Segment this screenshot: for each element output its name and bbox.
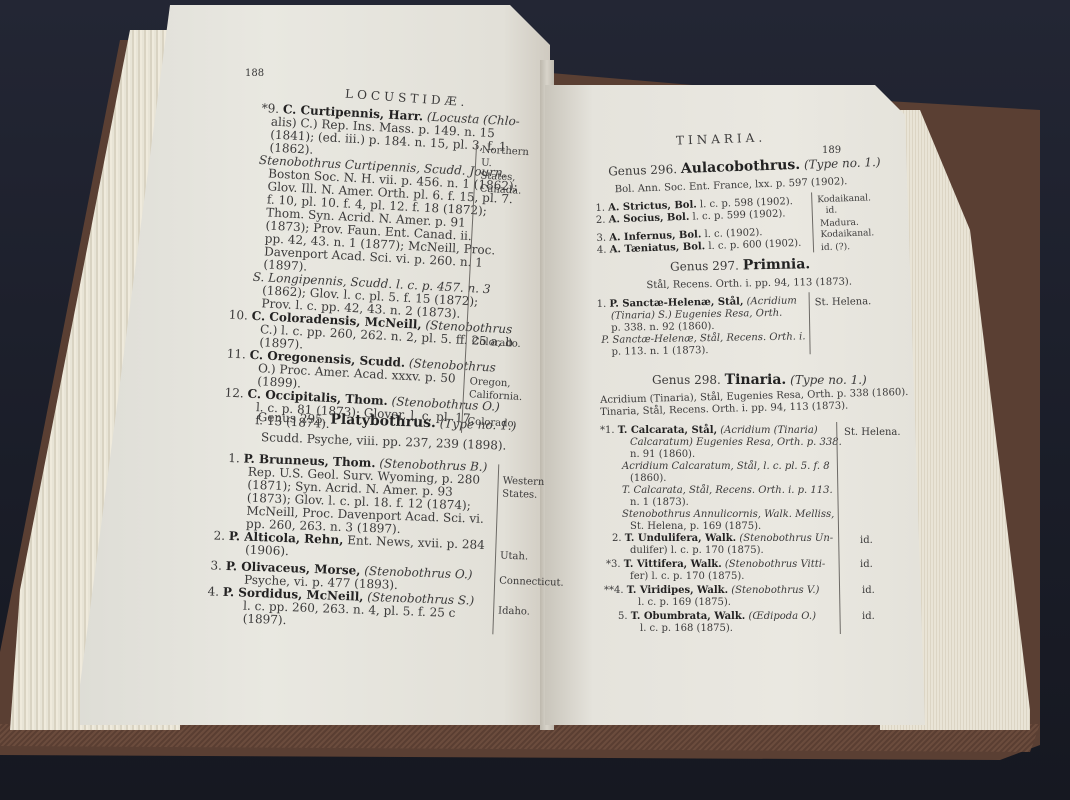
genus-type: (Type no. 1.) xyxy=(804,155,881,172)
locality: id. xyxy=(862,610,875,623)
species-name: T. Obumbrata, Walk. xyxy=(631,611,746,622)
page-number-left: 188 xyxy=(245,67,264,80)
page-number-right: 189 xyxy=(822,144,841,157)
entry-line: (Acridium (Tinaria) xyxy=(720,425,817,436)
locality: id. xyxy=(826,205,838,218)
genus-type: (Type no. 1.) xyxy=(790,373,867,387)
locality: Idaho. xyxy=(498,604,530,618)
entry-number: 1. xyxy=(597,299,607,310)
entry-number: 3. xyxy=(210,558,222,572)
entry-number: 1. xyxy=(228,451,240,465)
genus-label: Genus 296. xyxy=(608,162,677,178)
entry-line: l. c. p. 168 (1875). xyxy=(640,622,733,635)
entry-line: fer) l. c. p. 170 (1875). xyxy=(630,570,744,583)
species-name: T. Viridipes, Walk. xyxy=(627,585,728,596)
entry-line: p. 113. n. 1 (1873). xyxy=(611,344,708,359)
entry-line: l. c. p. 599 (1902). xyxy=(692,208,785,222)
locality: Utah. xyxy=(500,550,528,564)
locality: Kodaikanal. id. (?). xyxy=(820,227,877,255)
locality: id. xyxy=(862,584,875,597)
species-name: A. Socius, Bol. xyxy=(608,212,689,226)
entry-line: (Œdipoda O.) xyxy=(748,611,816,622)
genus-label: Genus 298. xyxy=(652,373,721,387)
entry-line: (Stenobothrus V.) xyxy=(731,585,819,596)
entry-number: *3. xyxy=(606,559,621,570)
species-name: T. Vittifera, Walk. xyxy=(624,559,722,570)
species-name: A. Tæniatus, Bol. xyxy=(609,241,705,255)
entry-number: 2. xyxy=(213,529,225,543)
entry-line: l. c. p. 169 (1875). xyxy=(638,596,731,609)
genus-label: Genus 297. xyxy=(670,259,739,274)
genus-name: Primnia. xyxy=(743,256,811,273)
locality: id. xyxy=(860,534,873,547)
entry-number: 10. xyxy=(228,308,248,323)
genus-type: (Type no. 1.) xyxy=(440,416,517,433)
entry-number: 4. xyxy=(207,584,219,598)
entry-number: 4. xyxy=(597,245,607,256)
locality: St. Helena. xyxy=(844,426,901,439)
locality: id. xyxy=(860,558,873,571)
locality: St. Helena. xyxy=(815,295,872,309)
locality: Western States. xyxy=(502,475,551,503)
entry-number: 2. xyxy=(596,215,606,226)
genus-name: Tinaria. xyxy=(725,372,787,388)
entry-number: *1. xyxy=(600,425,615,436)
entry-line: (Stenobothrus Vitti- xyxy=(725,559,825,570)
locality: Connecticut. xyxy=(499,575,547,590)
genus-label: Genus 295. xyxy=(258,410,327,426)
entry-line: (1906). xyxy=(245,544,289,559)
entry-number: 12. xyxy=(224,385,244,400)
species-name: T. Undulifera, Walk. xyxy=(625,533,736,544)
entry-number: 1. xyxy=(595,203,605,214)
entry-line: (Acridium xyxy=(747,296,797,308)
entry-line: dulifer) l. c. p. 170 (1875). xyxy=(630,544,764,557)
entry-number: 5. xyxy=(618,611,628,622)
entry-number: 11. xyxy=(226,347,246,362)
entry-line: (1897). xyxy=(242,613,286,628)
locality: Colorado. xyxy=(471,335,521,351)
entry-line: (Stenobothrus Un- xyxy=(739,533,833,544)
entry-line: l. c. p. 600 (1902). xyxy=(708,238,801,252)
locality: Northern U. States, Canada. xyxy=(479,144,530,198)
entry-number: 3. xyxy=(596,233,606,244)
entry-number: 2. xyxy=(612,533,622,544)
entry-number: **4. xyxy=(604,585,624,596)
species-name: T. Calcarata, Stål, xyxy=(618,425,717,436)
